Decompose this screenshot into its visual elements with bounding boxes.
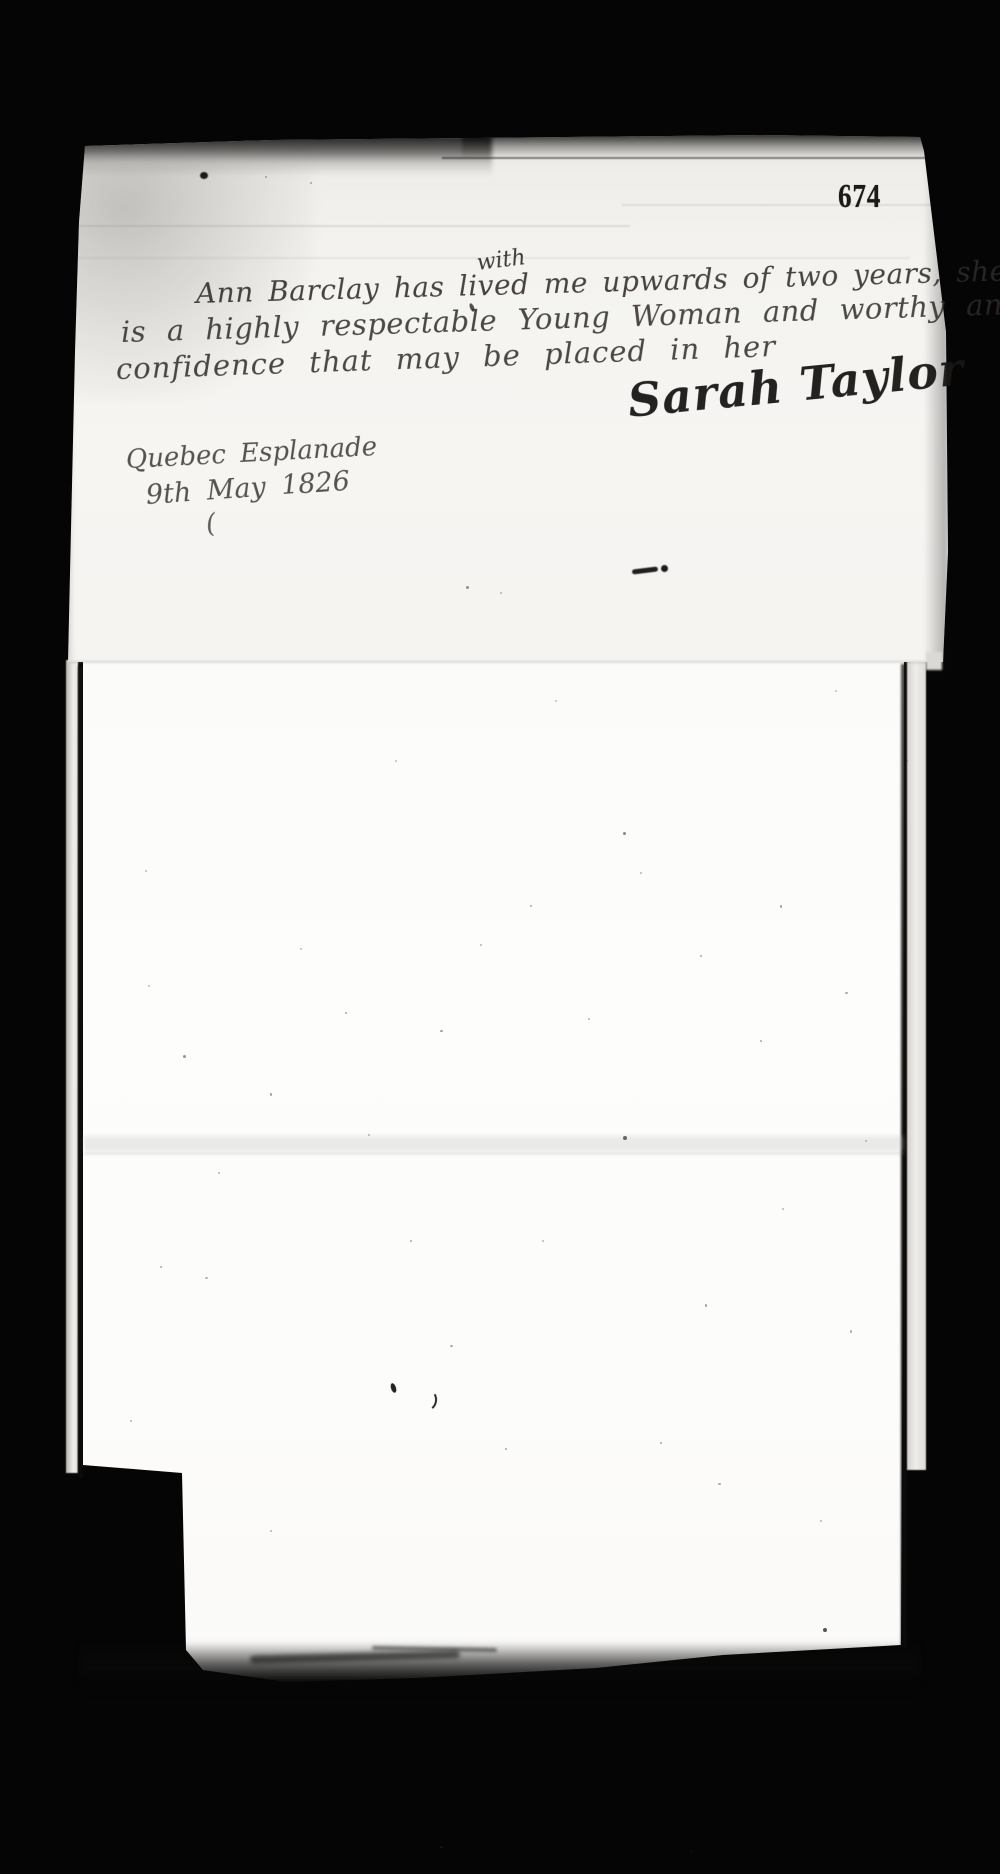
ink-speck — [466, 586, 469, 589]
ink-speck — [395, 760, 397, 762]
ink-speck — [270, 1093, 272, 1096]
ink-speck — [690, 1850, 692, 1852]
ink-speck — [500, 592, 502, 594]
ink-speck — [718, 1483, 721, 1485]
top-edge-line — [442, 157, 942, 159]
paper-edge-shadow — [62, 132, 74, 662]
ink-speck — [623, 832, 626, 835]
lower-sheet-left-fold-line — [78, 666, 83, 1478]
ink-speck — [160, 1266, 162, 1268]
scan-artifact-band — [84, 1152, 904, 1155]
ink-speck — [555, 700, 557, 702]
ink-speck — [823, 1628, 827, 1632]
ink-speck — [310, 182, 312, 184]
ink-speck — [345, 1012, 347, 1014]
paper-corner-notch — [926, 652, 942, 670]
lower-sheet-right-sliver — [907, 658, 926, 1470]
ink-speck — [835, 690, 837, 692]
ink-speck — [820, 1520, 822, 1522]
ink-speck — [865, 1140, 867, 1142]
scan-artifact-line — [70, 225, 630, 227]
page-number: 674 — [838, 180, 881, 214]
sheet-overlap-boundary — [70, 661, 938, 663]
ink-speck — [640, 872, 642, 874]
ink-speck — [265, 176, 267, 178]
scanned-document-page: 674 with Ann Barclay has lived me upward… — [0, 0, 1000, 1874]
ink-speck — [505, 1448, 507, 1450]
ink-speck — [440, 1030, 443, 1032]
ink-speck — [368, 1134, 370, 1136]
ink-speck — [410, 1240, 412, 1242]
stray-ink-dot — [661, 565, 668, 572]
ink-speck — [218, 1172, 220, 1174]
scan-artifact-band — [84, 1136, 904, 1151]
ink-speck — [480, 944, 482, 946]
ink-speck — [542, 1240, 544, 1242]
ink-speck — [300, 948, 302, 950]
lower-sheet-left-sliver — [66, 660, 78, 1473]
ink-speck — [780, 905, 782, 908]
ink-speck — [782, 1208, 784, 1210]
ink-speck — [700, 955, 702, 957]
ink-speck — [623, 1136, 627, 1140]
ink-speck — [450, 1345, 453, 1347]
ink-speck — [850, 1330, 852, 1333]
scan-artifact-line — [622, 204, 948, 206]
ink-speck — [660, 1442, 662, 1444]
ink-speck — [906, 760, 908, 762]
ink-speck — [183, 1055, 186, 1058]
ink-blot — [200, 172, 208, 179]
lower-paper-sheet — [83, 660, 904, 1695]
lower-sheet-torn-bottom-edge — [80, 1642, 920, 1694]
ink-speck — [705, 1304, 707, 1307]
ink-speck — [845, 992, 848, 994]
ink-speck — [130, 1420, 132, 1422]
ink-speck — [530, 905, 532, 907]
ink-speck — [148, 985, 150, 987]
ink-speck — [760, 1040, 762, 1042]
ink-speck — [145, 870, 147, 872]
ink-speck — [588, 1018, 590, 1020]
ink-speck — [270, 1530, 272, 1532]
ink-speck — [440, 1846, 443, 1848]
ink-speck — [205, 1277, 208, 1279]
top-edge-smudge — [462, 132, 948, 158]
